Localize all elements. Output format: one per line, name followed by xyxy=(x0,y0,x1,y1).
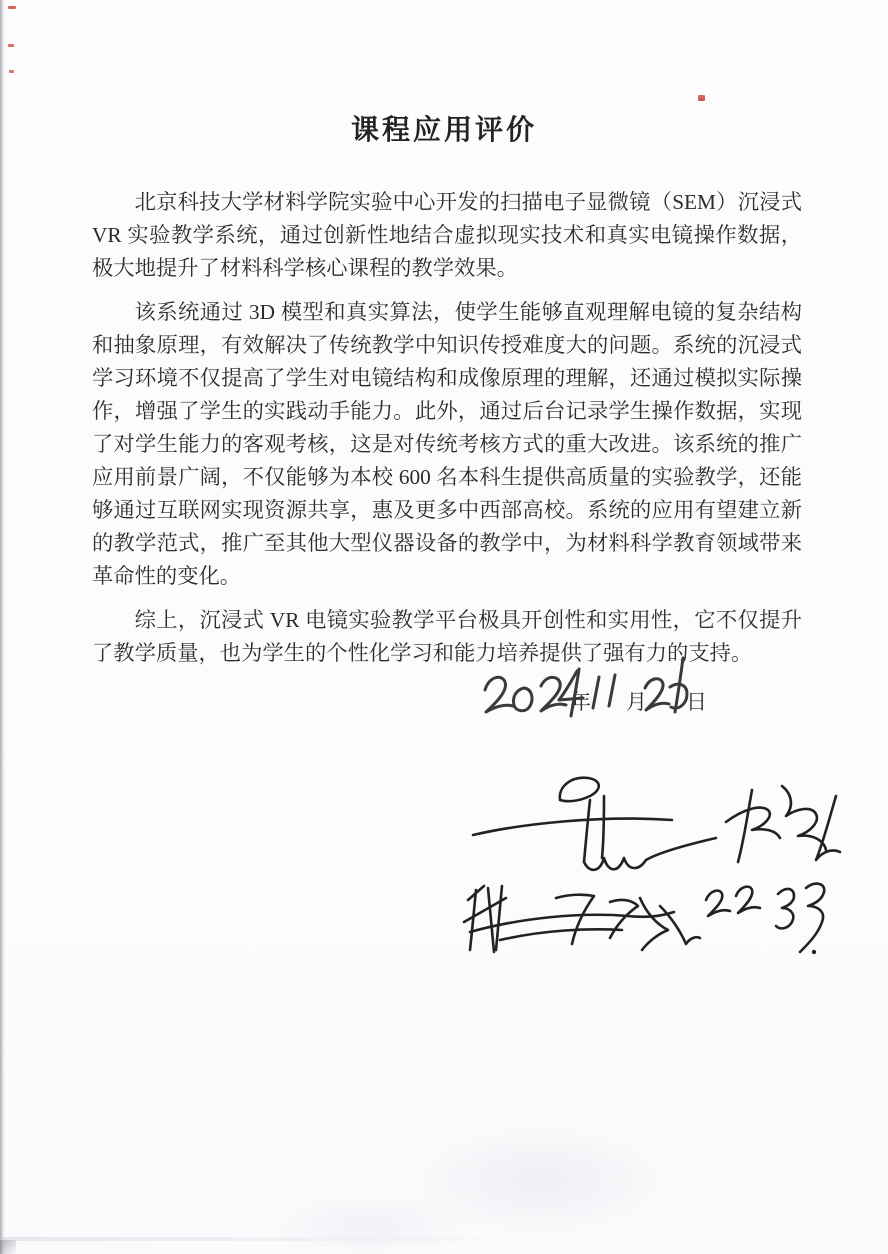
handwritten-signatures xyxy=(0,760,888,970)
scan-edge-shadow xyxy=(0,0,5,1254)
signature-bottom xyxy=(464,886,700,952)
red-pen-mark xyxy=(698,95,705,101)
scan-corner-shadow xyxy=(0,1240,16,1254)
paragraph-2: 该系统通过 3D 模型和真实算法，使学生能够直观理解电镜的复杂结构和抽象原理，有… xyxy=(92,296,802,593)
handwritten-date-numbers xyxy=(0,650,888,730)
date-line: 年 月 日 xyxy=(0,650,888,730)
scanned-document-page: 课程应用评价 北京科技大学材料学院实验中心开发的扫描电子显微镜（SEM）沉浸式 … xyxy=(0,0,888,1254)
paragraph-1: 北京科技大学材料学院实验中心开发的扫描电子显微镜（SEM）沉浸式 VR 实验教学… xyxy=(92,186,802,285)
signature-numbers xyxy=(706,884,824,955)
red-pen-mark xyxy=(8,44,14,47)
red-pen-mark xyxy=(9,70,14,73)
signature-top xyxy=(473,778,840,870)
scan-smudge xyxy=(260,1190,480,1254)
handwritten-month xyxy=(593,675,615,708)
document-body: 北京科技大学材料学院实验中心开发的扫描电子显微镜（SEM）沉浸式 VR 实验教学… xyxy=(92,186,802,670)
handwritten-day xyxy=(645,658,687,712)
red-pen-mark xyxy=(8,6,16,9)
document-title: 课程应用评价 xyxy=(0,108,888,148)
handwritten-year xyxy=(485,669,583,716)
